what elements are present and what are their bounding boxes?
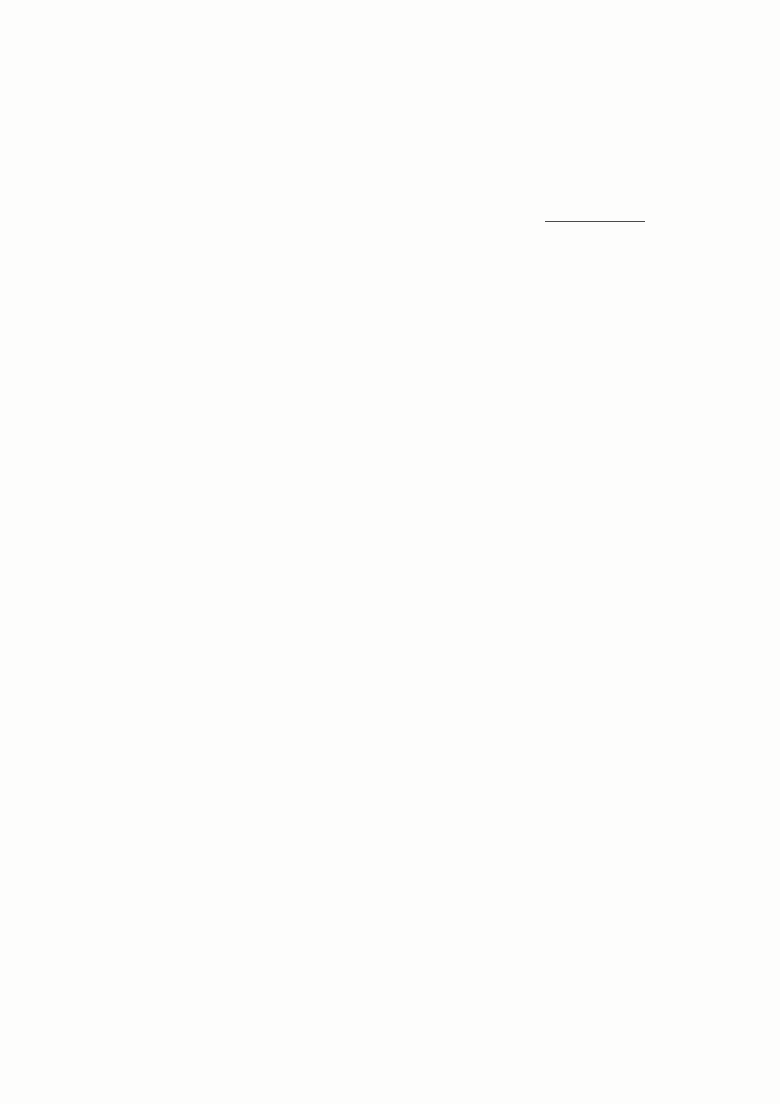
qr-code (107, 112, 170, 177)
score-field (545, 207, 645, 227)
exam-page (0, 0, 780, 1104)
score-blank (545, 207, 645, 222)
section-title (0, 272, 780, 297)
